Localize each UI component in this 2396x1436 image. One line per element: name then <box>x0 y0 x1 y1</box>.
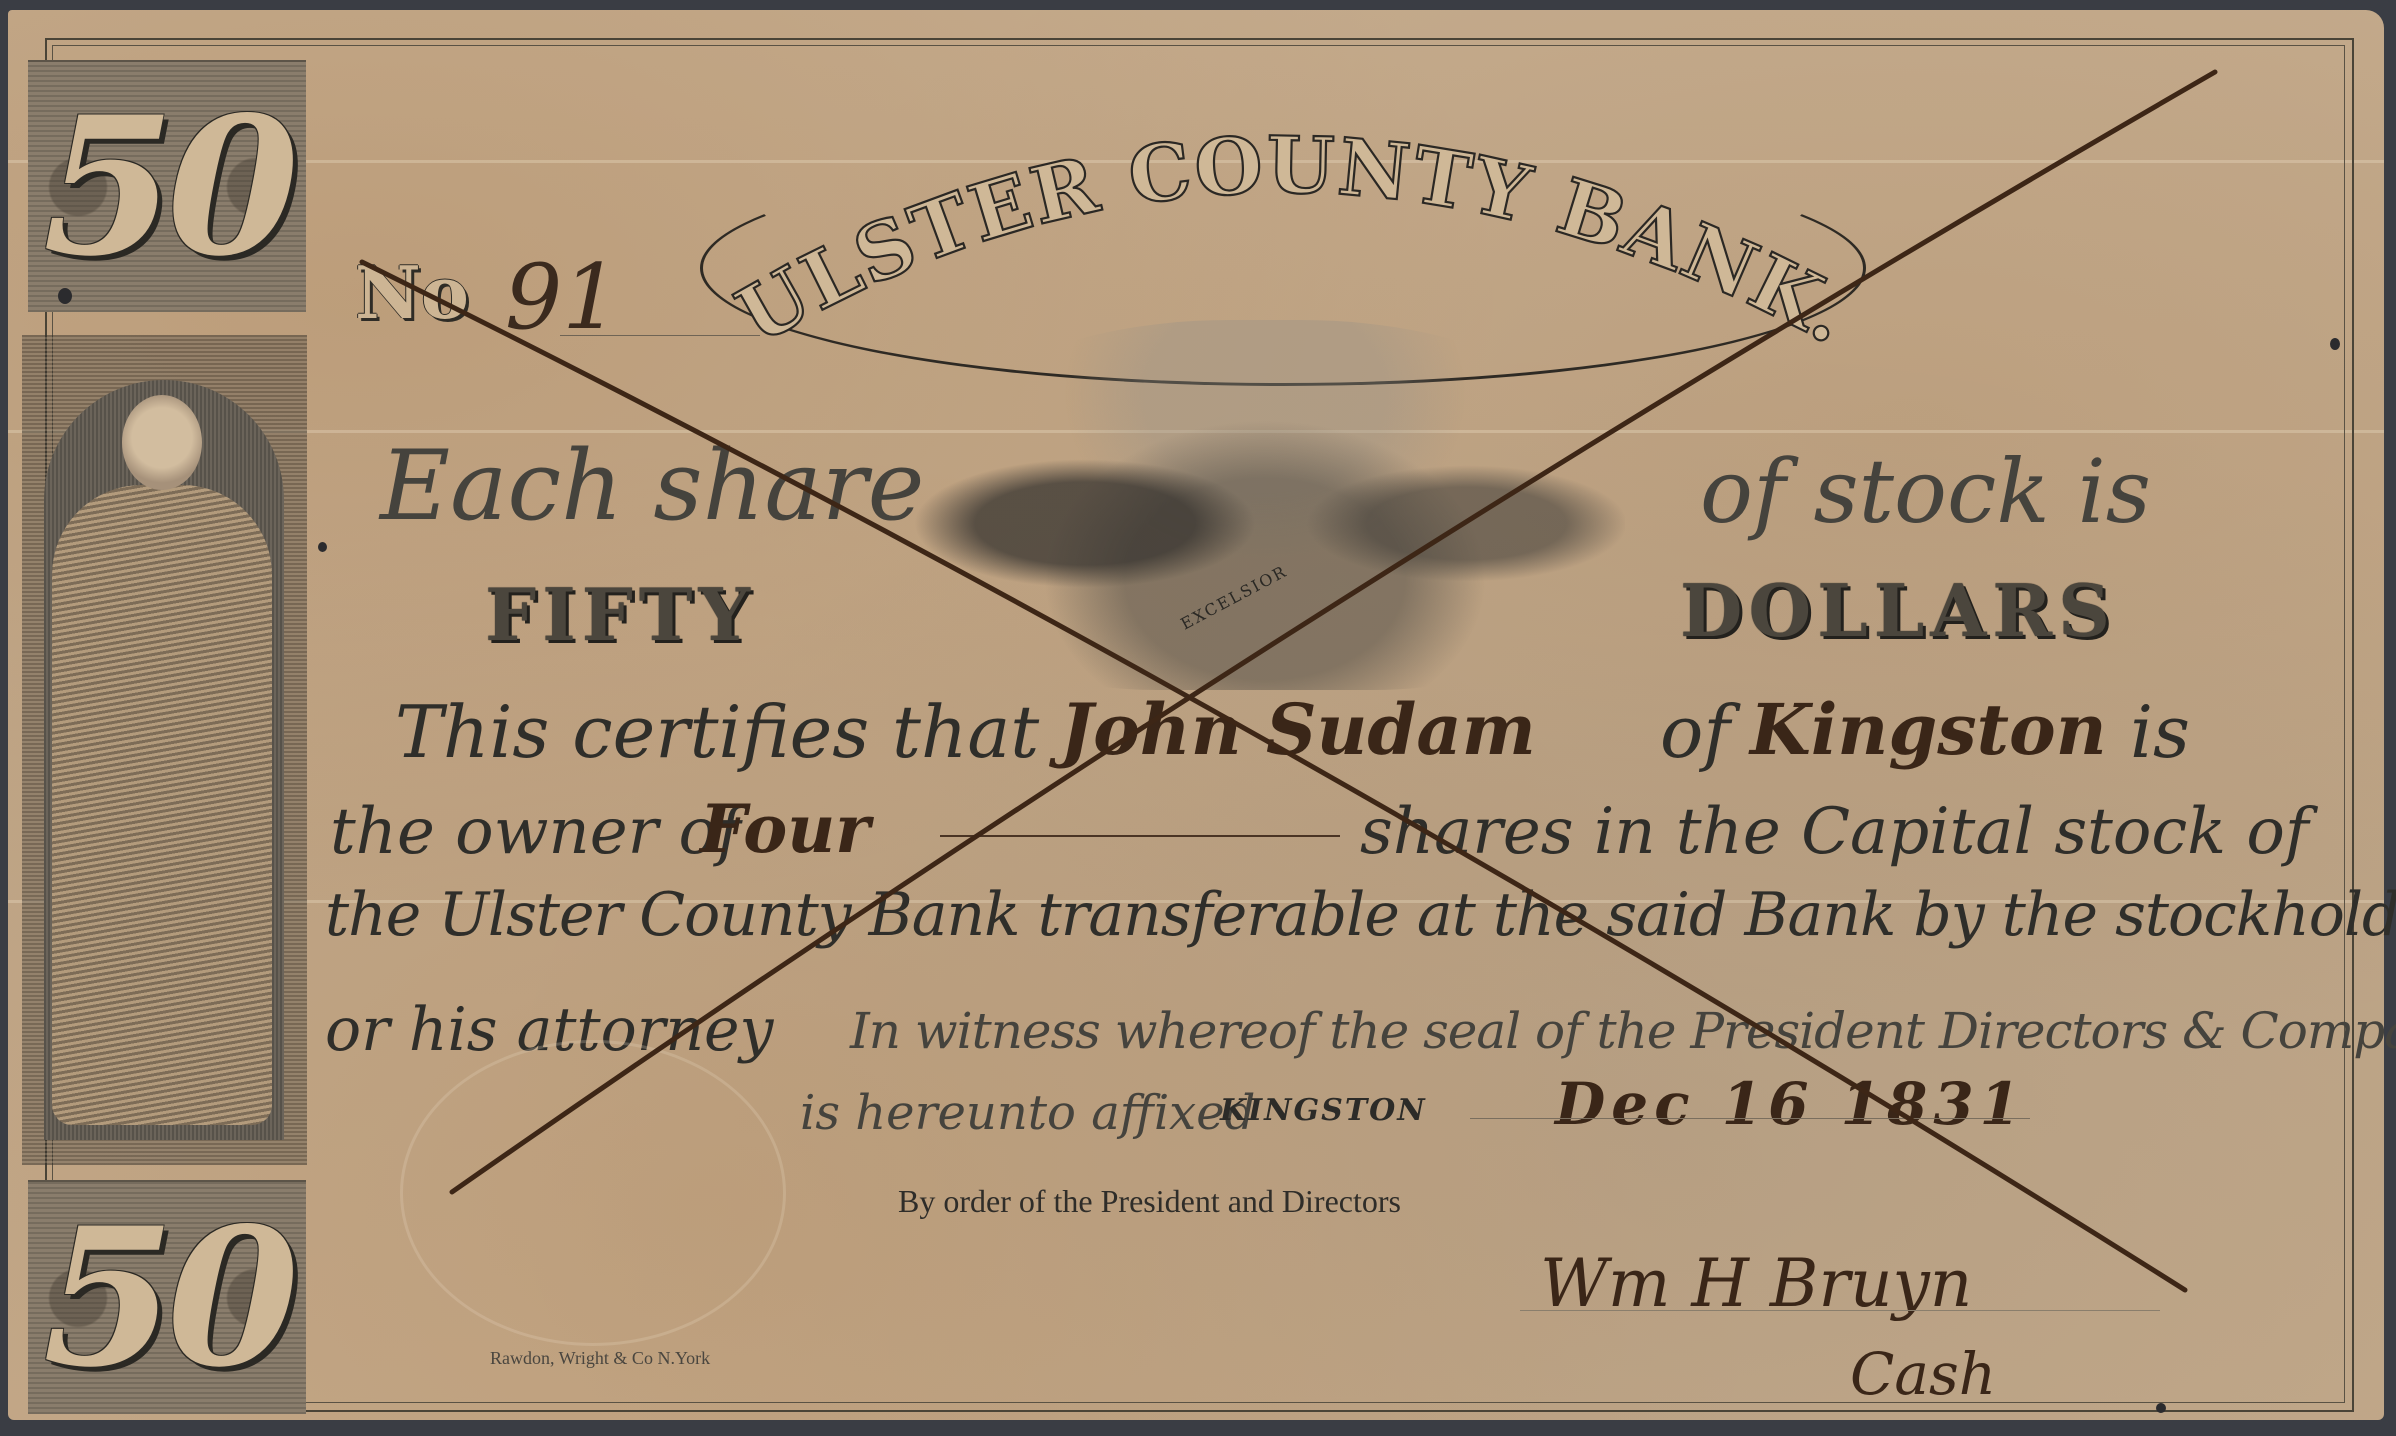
fifty-text: FIFTY <box>485 572 756 657</box>
dollars-text: DOLLARS <box>1680 568 2116 653</box>
witness-text: In witness whereof the seal of the Presi… <box>850 1002 2396 1060</box>
hereunto-affixed-text: is hereunto affixed <box>800 1085 1255 1141</box>
certifies-text: This certifies that <box>395 690 1039 774</box>
issue-date: Dec 16 1831 <box>1555 1070 2026 1138</box>
each-share-text: Each share <box>380 430 924 542</box>
signature-title: Cash <box>1850 1340 1996 1408</box>
signature-line <box>1520 1310 2160 1311</box>
allegorical-vignette <box>905 320 1625 690</box>
holder-town: Kingston <box>1750 688 2107 771</box>
share-count: Four <box>700 790 870 868</box>
share-count-line <box>940 835 1340 837</box>
date-line <box>1470 1118 2030 1119</box>
transferable-text: the Ulster County Bank transferable at t… <box>325 880 2396 950</box>
place-text: KINGSTON <box>1220 1093 1427 1128</box>
punch-hole <box>58 288 72 304</box>
printer-imprint: Rawdon, Wright & Co N.York <box>490 1348 710 1369</box>
is-text: is <box>2130 690 2190 774</box>
authority-text: By order of the President and Directors <box>898 1183 1401 1220</box>
embossed-seal <box>400 1040 786 1346</box>
of-stock-is-text: of stock is <box>1700 440 2151 543</box>
shares-capital-text: shares in the Capital stock of <box>1360 795 2309 869</box>
of-text: of <box>1660 690 1730 774</box>
punch-hole <box>2330 338 2340 350</box>
owner-of-text: the owner of <box>330 795 741 869</box>
punch-hole <box>318 542 327 552</box>
holder-name: John Sudam <box>1060 688 1536 771</box>
punch-hole <box>2156 1403 2166 1413</box>
